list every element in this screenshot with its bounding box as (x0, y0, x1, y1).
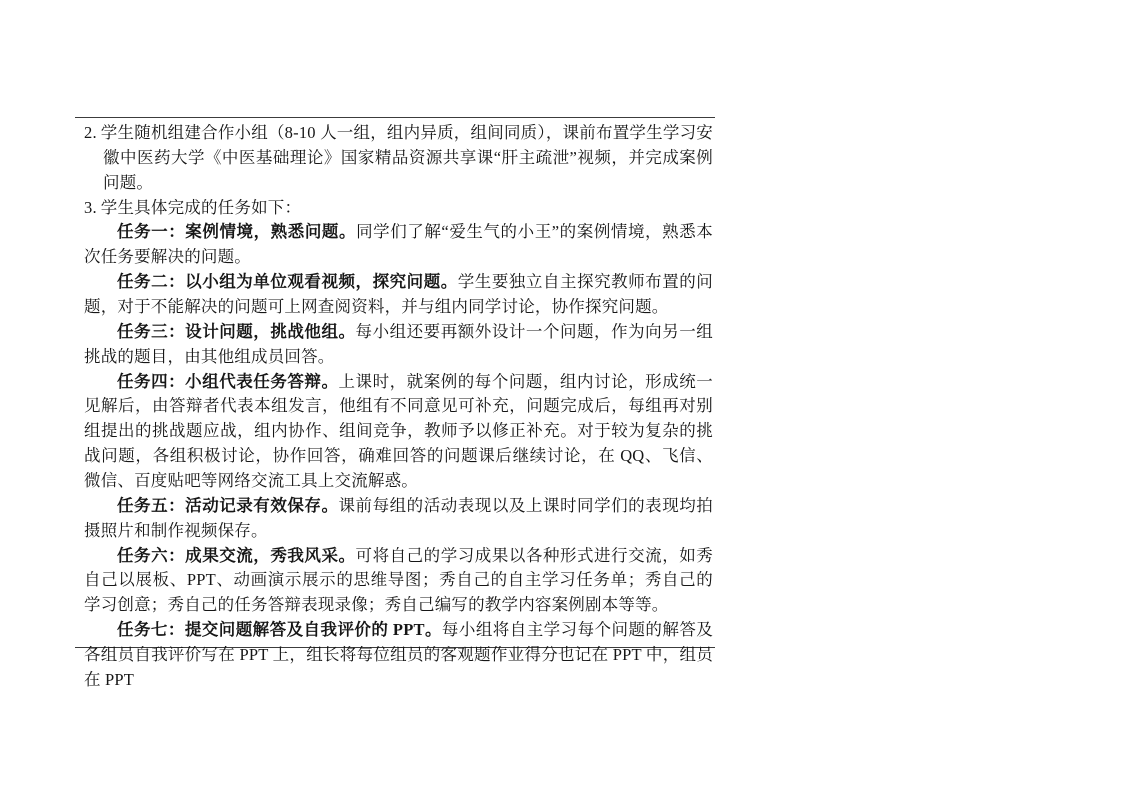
task-paragraph-6: 任务六：成果交流，秀我风采。可将自己的学习成果以各种形式进行交流，如秀自己以展板… (84, 544, 713, 619)
task-heading: 任务六：成果交流，秀我风采。 (117, 546, 356, 565)
task-paragraph-7: 任务七：提交问题解答及自我评价的 PPT。每小组将自主学习每个问题的解答及各组员… (84, 618, 713, 693)
item-number: 2. (84, 123, 97, 142)
task-heading: 任务一：案例情境，熟悉问题。 (117, 222, 356, 241)
task-heading: 任务三：设计问题，挑战他组。 (117, 322, 356, 341)
numbered-item-2: 2.学生随机组建合作小组（8-10 人一组，组内异质，组间同质），课前布置学生学… (84, 121, 713, 196)
task-paragraph-2: 任务二：以小组为单位观看视频，探究问题。学生要独立自主探究教师布置的问题，对于不… (84, 270, 713, 320)
task-paragraph-5: 任务五：活动记录有效保存。课前每组的活动表现以及上课时同学们的表现均拍摄照片和制… (84, 494, 713, 544)
task-heading: 任务四：小组代表任务答辩。 (117, 372, 339, 391)
task-heading: 任务二：以小组为单位观看视频，探究问题。 (117, 272, 458, 291)
task-paragraph-1: 任务一：案例情境，熟悉问题。同学们了解“爱生气的小王”的案例情境，熟悉本次任务要… (84, 220, 713, 270)
item-text: 学生随机组建合作小组（8-10 人一组，组内异质，组间同质），课前布置学生学习安… (101, 123, 713, 192)
table-cell: 2.学生随机组建合作小组（8-10 人一组，组内异质，组间同质），课前布置学生学… (75, 117, 715, 648)
item-text: 学生具体完成的任务如下： (101, 198, 301, 217)
task-heading: 任务七：提交问题解答及自我评价的 PPT。 (117, 620, 442, 639)
item-number: 3. (84, 198, 97, 217)
numbered-item-3: 3.学生具体完成的任务如下： (84, 196, 713, 221)
task-paragraph-3: 任务三：设计问题，挑战他组。每小组还要再额外设计一个问题，作为向另一组挑战的题目… (84, 320, 713, 370)
task-heading: 任务五：活动记录有效保存。 (117, 496, 339, 515)
document-page: 2.学生随机组建合作小组（8-10 人一组，组内异质，组间同质），课前布置学生学… (0, 0, 1123, 794)
task-paragraph-4: 任务四：小组代表任务答辩。上课时，就案例的每个问题，组内讨论，形成统一见解后，由… (84, 370, 713, 494)
